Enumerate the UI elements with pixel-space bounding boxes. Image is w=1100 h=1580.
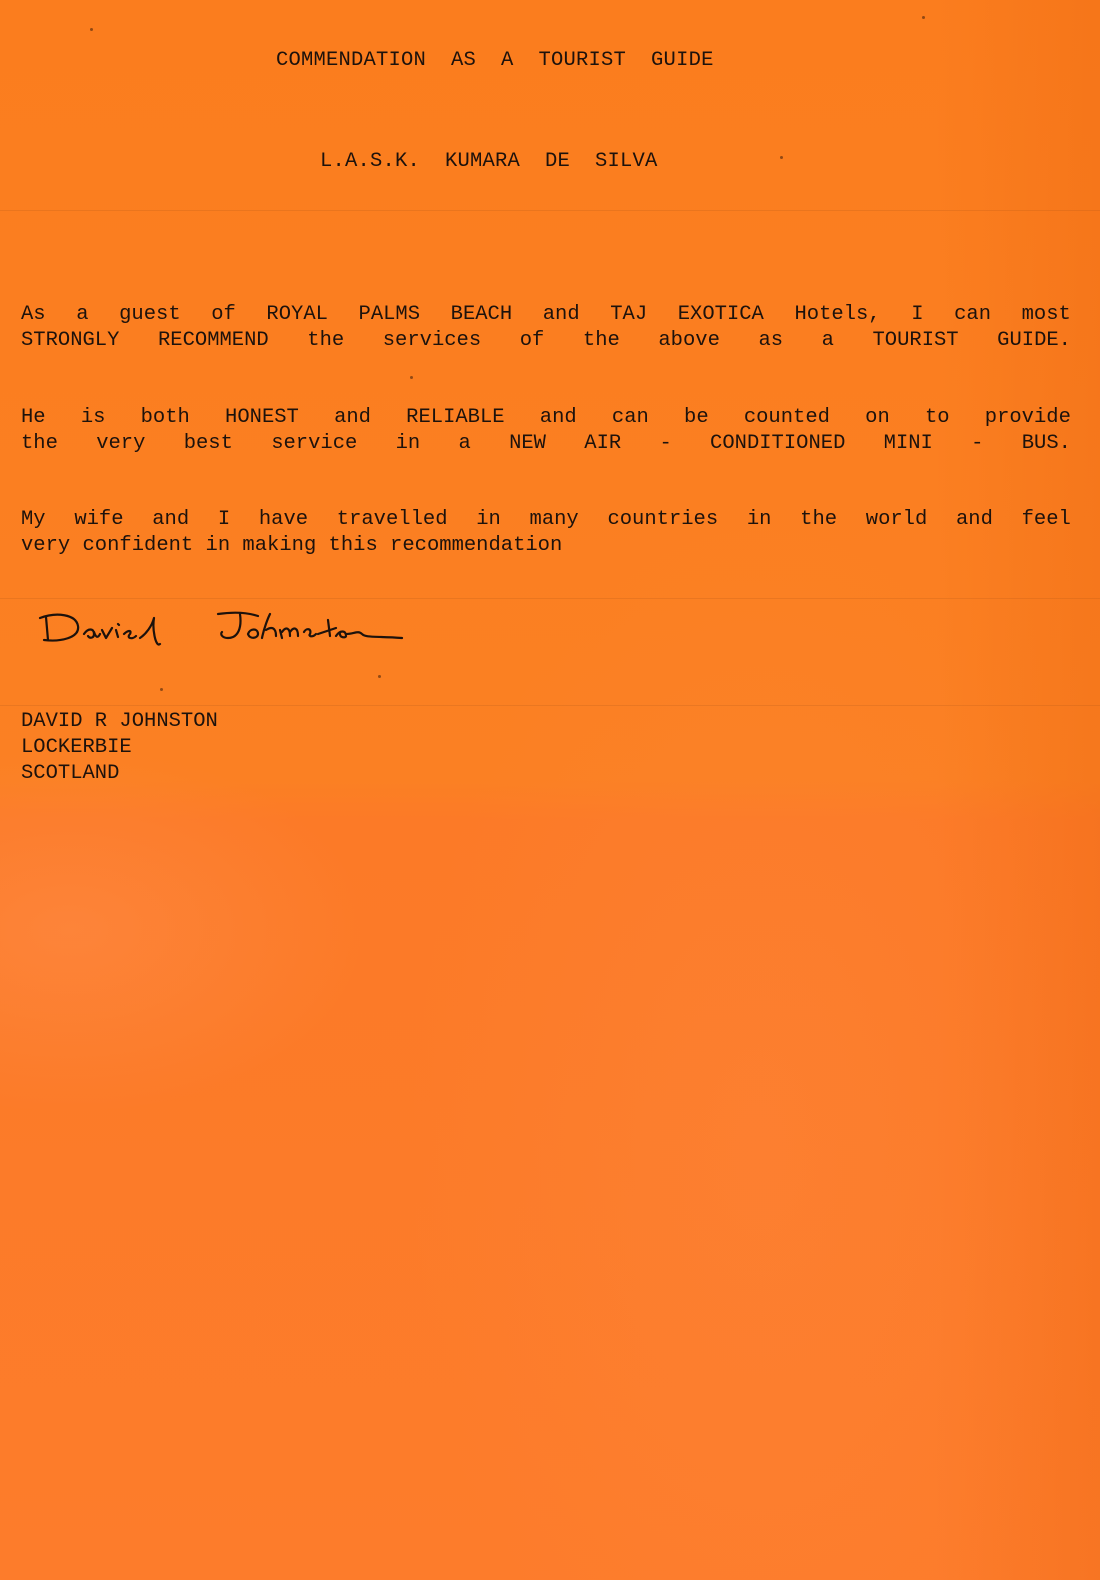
word: of [520, 328, 545, 354]
word: service [271, 431, 357, 457]
word: and [152, 507, 189, 533]
word: to [925, 405, 950, 431]
paragraph-line: STRONGLYRECOMMENDtheservicesoftheaboveas… [21, 328, 1071, 354]
paragraph-reliability: HeisbothHONESTandRELIABLEandcanbecounted… [21, 405, 1071, 457]
scan-fold-line [0, 210, 1100, 211]
paragraph-line: HeisbothHONESTandRELIABLEandcanbecounted… [21, 405, 1071, 431]
word: TAJ [610, 302, 647, 328]
word: in [476, 507, 501, 533]
word: My [21, 507, 46, 533]
word: is [81, 405, 106, 431]
signatory-town: LOCKERBIE [21, 735, 218, 761]
word: As [21, 302, 46, 328]
word: I [911, 302, 923, 328]
word: - [659, 431, 671, 457]
word: guest [119, 302, 181, 328]
word: and [334, 405, 371, 431]
word: wife [74, 507, 123, 533]
word: a [822, 328, 834, 354]
paper-speck [780, 156, 783, 159]
word: BUS. [1022, 431, 1071, 457]
word: GUIDE. [997, 328, 1071, 354]
word: the [800, 507, 837, 533]
word: STRONGLY [21, 328, 119, 354]
paragraph-recommendation: AsaguestofROYALPALMSBEACHandTAJEXOTICAHo… [21, 302, 1071, 354]
paper-speck [90, 28, 93, 31]
signatory-country: SCOTLAND [21, 761, 218, 787]
word: - [971, 431, 983, 457]
word: travelled [337, 507, 448, 533]
word: have [259, 507, 308, 533]
word: ROYAL [266, 302, 328, 328]
word: services [383, 328, 481, 354]
word: BEACH [451, 302, 513, 328]
signatory-block: DAVID R JOHNSTON LOCKERBIE SCOTLAND [21, 709, 218, 787]
word: be [684, 405, 709, 431]
word: PALMS [359, 302, 421, 328]
word: best [184, 431, 233, 457]
paragraph-confidence: MywifeandIhavetravelledinmanycountriesin… [21, 507, 1071, 559]
paper-speck [378, 675, 381, 678]
paragraph-line: MywifeandIhavetravelledinmanycountriesin… [21, 507, 1071, 533]
word: the [307, 328, 344, 354]
handwritten-signature [36, 604, 406, 654]
word: and [543, 302, 580, 328]
word: and [540, 405, 577, 431]
orange-paper-background [0, 0, 1100, 1580]
scan-fold-line [0, 598, 1100, 599]
word: and [956, 507, 993, 533]
word: TOURIST [872, 328, 958, 354]
word: world [866, 507, 928, 533]
word: Hotels, [794, 302, 880, 328]
paragraph-line: AsaguestofROYALPALMSBEACHandTAJEXOTICAHo… [21, 302, 1071, 328]
word: provide [985, 405, 1071, 431]
paragraph-line: very confident in making this recommenda… [21, 533, 1071, 559]
word: counted [744, 405, 830, 431]
word: in [396, 431, 421, 457]
word: the [583, 328, 620, 354]
word: can [612, 405, 649, 431]
signature-icon [36, 604, 406, 654]
paragraph-line: theverybestserviceinaNEWAIR-CONDITIONEDM… [21, 431, 1071, 457]
word: feel [1022, 507, 1071, 533]
word: many [530, 507, 579, 533]
guide-name: L.A.S.K. KUMARA DE SILVA [320, 149, 658, 175]
paper-speck [410, 376, 413, 379]
word: very [96, 431, 145, 457]
paper-speck [160, 688, 163, 691]
word: CONDITIONED [710, 431, 845, 457]
word: AIR [584, 431, 621, 457]
word: MINI [884, 431, 933, 457]
word: both [141, 405, 190, 431]
word: HONEST [225, 405, 299, 431]
signatory-name: DAVID R JOHNSTON [21, 709, 218, 735]
document-title: COMMENDATION AS A TOURIST GUIDE [276, 48, 714, 74]
word: a [76, 302, 88, 328]
word: RELIABLE [406, 405, 504, 431]
word: countries [607, 507, 718, 533]
scan-fold-line [0, 705, 1100, 706]
word: above [658, 328, 720, 354]
word: NEW [509, 431, 546, 457]
word: most [1022, 302, 1071, 328]
word: the [21, 431, 58, 457]
word: I [218, 507, 230, 533]
word: RECOMMEND [158, 328, 269, 354]
word: can [954, 302, 991, 328]
word: He [21, 405, 46, 431]
paper-speck [922, 16, 925, 19]
word: as [758, 328, 783, 354]
word: on [865, 405, 890, 431]
word: a [458, 431, 470, 457]
word: in [747, 507, 772, 533]
word: of [211, 302, 236, 328]
word: EXOTICA [678, 302, 764, 328]
